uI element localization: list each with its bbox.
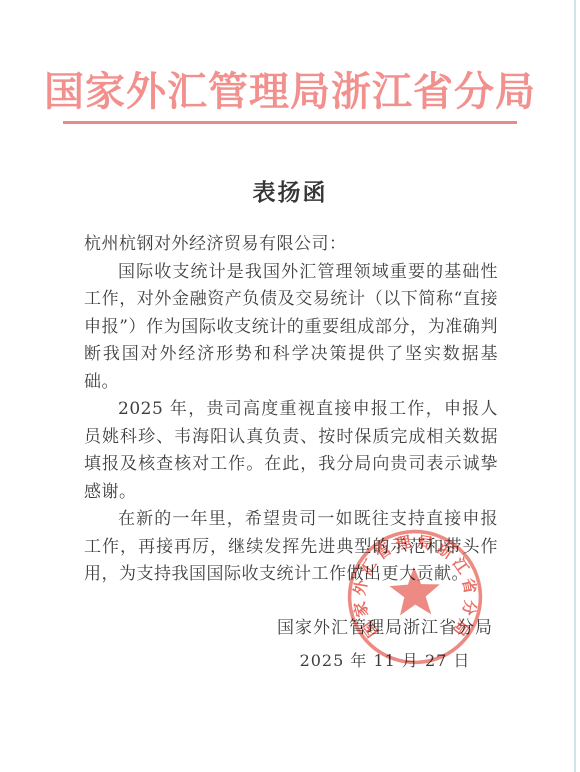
body-paragraph-2: 2025 年，贵司高度重视直接申报工作，申报人员姚科珍、韦海阳认真负责、按时保质… <box>84 396 498 506</box>
document-title: 表扬函 <box>0 174 580 207</box>
salutation-line: 杭州杭钢对外经济贸易有限公司： <box>84 231 498 259</box>
body-paragraph-1: 国际收支统计是我国外汇管理领域重要的基础性工作，对外金融资产负债及交易统计（以下… <box>84 259 498 397</box>
official-seal-stamp: 国家外汇管理局浙江省分局 <box>343 525 488 670</box>
letter-page: 国家外汇管理局浙江省分局 表扬函 杭州杭钢对外经济贸易有限公司： 国际收支统计是… <box>0 0 580 772</box>
letterhead-double-rule <box>63 121 517 124</box>
seal-star-icon <box>389 566 441 616</box>
letterhead-agency-name: 国家外汇管理局浙江省分局 <box>0 60 580 117</box>
